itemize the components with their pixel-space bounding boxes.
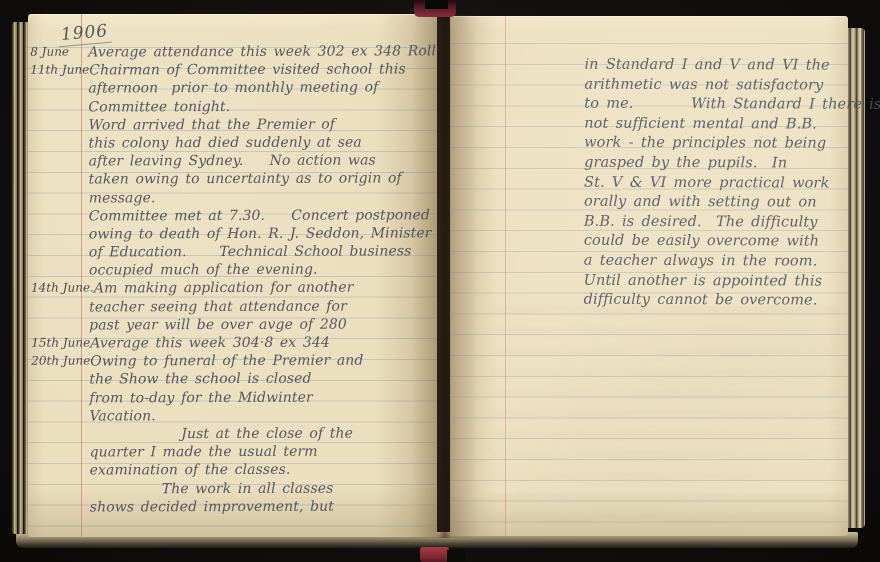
entry-date bbox=[29, 99, 88, 117]
entry-date bbox=[30, 172, 89, 190]
left-page-entries: 8 June Average attendance this week 302 … bbox=[29, 43, 434, 517]
journal-year: 1906 bbox=[57, 21, 112, 48]
journal-entry-line: of Education. Technical School business bbox=[30, 243, 433, 263]
journal-entry-line: examination of the classes. bbox=[31, 462, 434, 482]
entry-date bbox=[30, 263, 89, 281]
spine-tab-top bbox=[425, 0, 448, 9]
entry-text: Am making application for another bbox=[94, 280, 433, 299]
journal-entry-line: 11th June Chairman of Committee visited … bbox=[29, 61, 432, 81]
entry-date bbox=[29, 81, 88, 99]
left-page: 1906 8 June Average attendance this week… bbox=[28, 14, 437, 537]
journal-entry-line: after leaving Sydney. No action was bbox=[30, 152, 433, 172]
journal-entry-line: occupied much of the evening. bbox=[30, 262, 433, 282]
entry-date: 20th June bbox=[30, 354, 90, 372]
entry-date bbox=[30, 154, 89, 172]
journal-entry-line: 8 June Average attendance this week 302 … bbox=[29, 43, 432, 63]
entry-date bbox=[30, 190, 89, 208]
entry-text: afternoon prior to monthly meeting of bbox=[88, 80, 432, 99]
entry-date bbox=[31, 463, 90, 481]
entry-text: this colony had died suddenly at sea bbox=[88, 134, 432, 153]
entry-date bbox=[30, 245, 89, 263]
entry-text: taken owing to uncertainty as to origin … bbox=[89, 171, 433, 190]
entry-text: after leaving Sydney. No action was bbox=[89, 152, 433, 171]
entry-text: of Education. Technical School business bbox=[89, 243, 433, 262]
journal-entry-line: owing to death of Hon. R. J. Seddon, Min… bbox=[30, 225, 433, 245]
entry-text: teacher seeing that attendance for bbox=[89, 298, 433, 317]
journal-entry-line: Vacation. bbox=[30, 407, 433, 427]
entry-text: Committee met at 7.30. Concert postponed bbox=[89, 207, 433, 226]
journal-entry-line: in Standard I and V and VI the bbox=[512, 40, 842, 61]
entry-text: not sufficient mental and B.B. bbox=[584, 115, 817, 132]
entry-text: Committee tonight. bbox=[88, 98, 432, 117]
journal-entry-line: from to-day for the Midwinter bbox=[30, 389, 433, 409]
entry-text: Until another is appointed this bbox=[584, 272, 823, 289]
entry-text: Word arrived that the Premier of bbox=[88, 116, 432, 135]
entry-text: to me. With Standard I there is bbox=[584, 96, 880, 113]
entry-text: grasped by the pupils. In bbox=[584, 155, 787, 172]
entry-date bbox=[30, 208, 89, 226]
entry-date bbox=[31, 445, 90, 463]
entry-date bbox=[30, 390, 89, 408]
journal-entry-line: teacher seeing that attendance for bbox=[30, 298, 433, 318]
spine-tab-bottom bbox=[447, 550, 465, 562]
journal-entry-line: 14th June. Am making application for ano… bbox=[30, 280, 433, 300]
entry-text: Chairman of Committee visited school thi… bbox=[89, 61, 432, 80]
headband-bottom bbox=[420, 547, 449, 562]
entry-text: B.B. is desired. The difficulty bbox=[584, 213, 818, 230]
entry-text: arithmetic was not satisfactory bbox=[584, 76, 823, 93]
entry-text: Average this week 304·8 ex 344 bbox=[90, 334, 433, 353]
journal-entry-line: Just at the close of the bbox=[31, 425, 434, 445]
margin-line-right bbox=[505, 16, 506, 536]
right-page: in Standard I and V and VI the arithmeti… bbox=[450, 16, 848, 536]
entry-text: a teacher always in the room. bbox=[584, 253, 818, 270]
entry-date: 11th June bbox=[29, 63, 89, 81]
journal-entry-line: the Show the school is closed bbox=[30, 371, 433, 391]
entry-text: shows decided improvement, but bbox=[90, 498, 434, 517]
entry-date bbox=[29, 117, 88, 135]
entry-text: examination of the classes. bbox=[90, 462, 434, 481]
entry-date bbox=[29, 135, 88, 153]
entry-text: could be easily overcome with bbox=[584, 233, 819, 250]
entry-date bbox=[30, 226, 89, 244]
entry-text: occupied much of the evening. bbox=[89, 262, 433, 281]
journal-entry-line: past year will be over avge of 280 bbox=[30, 316, 433, 336]
entry-text: owing to death of Hon. R. J. Seddon, Min… bbox=[89, 225, 433, 244]
journal-entry-line: taken owing to uncertainty as to origin … bbox=[30, 171, 433, 191]
entry-text: St. V & VI more practical work bbox=[584, 174, 829, 191]
entry-text: in Standard I and V and VI the bbox=[584, 57, 829, 74]
entry-date bbox=[30, 408, 89, 426]
page-edge-stack-left bbox=[11, 22, 29, 534]
journal-entry-line: 15th June Average this week 304·8 ex 344 bbox=[30, 334, 433, 354]
entry-text: message. bbox=[89, 189, 433, 208]
journal-entry-line: Committee met at 7.30. Concert postponed bbox=[30, 207, 433, 227]
journal-entry-line: shows decided improvement, but bbox=[31, 498, 434, 518]
entry-date bbox=[30, 299, 89, 317]
entry-date bbox=[31, 499, 90, 517]
journal-entry-line: 20th June Owing to funeral of the Premie… bbox=[30, 352, 433, 372]
entry-date: 14th June. bbox=[30, 281, 94, 299]
entry-text: work - the principles not being bbox=[584, 135, 826, 152]
entry-text: past year will be over avge of 280 bbox=[89, 316, 433, 335]
entry-date bbox=[31, 426, 90, 444]
entry-text: The work in all classes bbox=[90, 480, 434, 499]
entry-text: Owing to funeral of the Premier and bbox=[90, 352, 433, 371]
journal-entry-line: Word arrived that the Premier of bbox=[29, 116, 432, 136]
journal-entry-line: Committee tonight. bbox=[29, 98, 432, 118]
journal-entry-line: The work in all classes bbox=[31, 480, 434, 500]
photo-background: 1906 8 June Average attendance this week… bbox=[0, 0, 880, 562]
entry-date bbox=[30, 372, 89, 390]
right-page-entries: in Standard I and V and VI the arithmeti… bbox=[512, 40, 843, 296]
entry-text: Just at the close of the bbox=[90, 425, 434, 444]
entry-date bbox=[30, 317, 89, 335]
entry-text: Vacation. bbox=[89, 407, 433, 426]
entry-text: difficulty cannot be overcome. bbox=[584, 292, 818, 309]
entry-date: 8 June bbox=[29, 44, 88, 62]
entry-date: 15th June bbox=[30, 335, 90, 353]
journal-entry-line: this colony had died suddenly at sea bbox=[29, 134, 432, 154]
entry-text: the Show the school is closed bbox=[89, 371, 433, 390]
entry-text: orally and with setting out on bbox=[584, 194, 817, 211]
journal-entry-line: quarter I made the usual term bbox=[31, 443, 434, 463]
entry-text: Average attendance this week 302 ex 348 … bbox=[88, 43, 436, 62]
journal-entry-line: message. bbox=[30, 189, 433, 209]
entry-text: from to-day for the Midwinter bbox=[89, 389, 433, 408]
entry-text: quarter I made the usual term bbox=[90, 443, 434, 462]
entry-date bbox=[31, 481, 90, 499]
journal-entry-line: afternoon prior to monthly meeting of bbox=[29, 80, 432, 100]
